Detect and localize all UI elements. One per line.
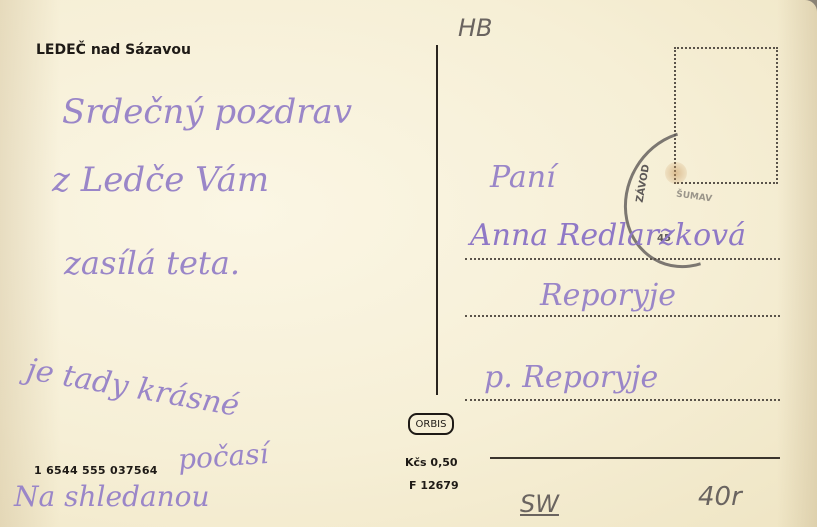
address-line-rule <box>465 315 780 317</box>
pencil-mark-bottom-right: 40r <box>698 482 742 512</box>
pencil-mark-bottom-left: SW <box>520 490 559 518</box>
address-line-rule <box>465 258 780 260</box>
address-line: Paní <box>490 160 556 195</box>
address-line-solid <box>490 457 780 459</box>
postcard-back: LEDEČ nad Sázavou HB ZÁVOD ŠUMAV 45 Srde… <box>0 0 817 527</box>
pencil-mark-top: HB <box>458 14 493 42</box>
orbis-logo: ORBIS <box>408 413 454 435</box>
message-line: zasílá teta. <box>64 244 240 282</box>
serial-number: 1 6544 555 037564 <box>34 464 158 477</box>
message-line: z Ledče Vám <box>52 160 269 200</box>
place-title: LEDEČ nad Sázavou <box>36 42 191 58</box>
message-line: Srdečný pozdrav <box>62 92 352 132</box>
vertical-divider <box>436 45 438 395</box>
price-label: Kčs 0,50 <box>405 456 458 469</box>
message-line: Na shledanou <box>14 480 210 513</box>
address-line: p. Reporyje <box>484 360 658 395</box>
address-line: Reporyje <box>540 278 676 313</box>
address-line: Anna Redlarzková <box>470 218 746 253</box>
address-line-rule <box>465 399 780 401</box>
print-code: F 12679 <box>409 479 459 492</box>
message-line: je tady krásné <box>24 352 242 424</box>
message-line: počasí <box>177 437 270 476</box>
